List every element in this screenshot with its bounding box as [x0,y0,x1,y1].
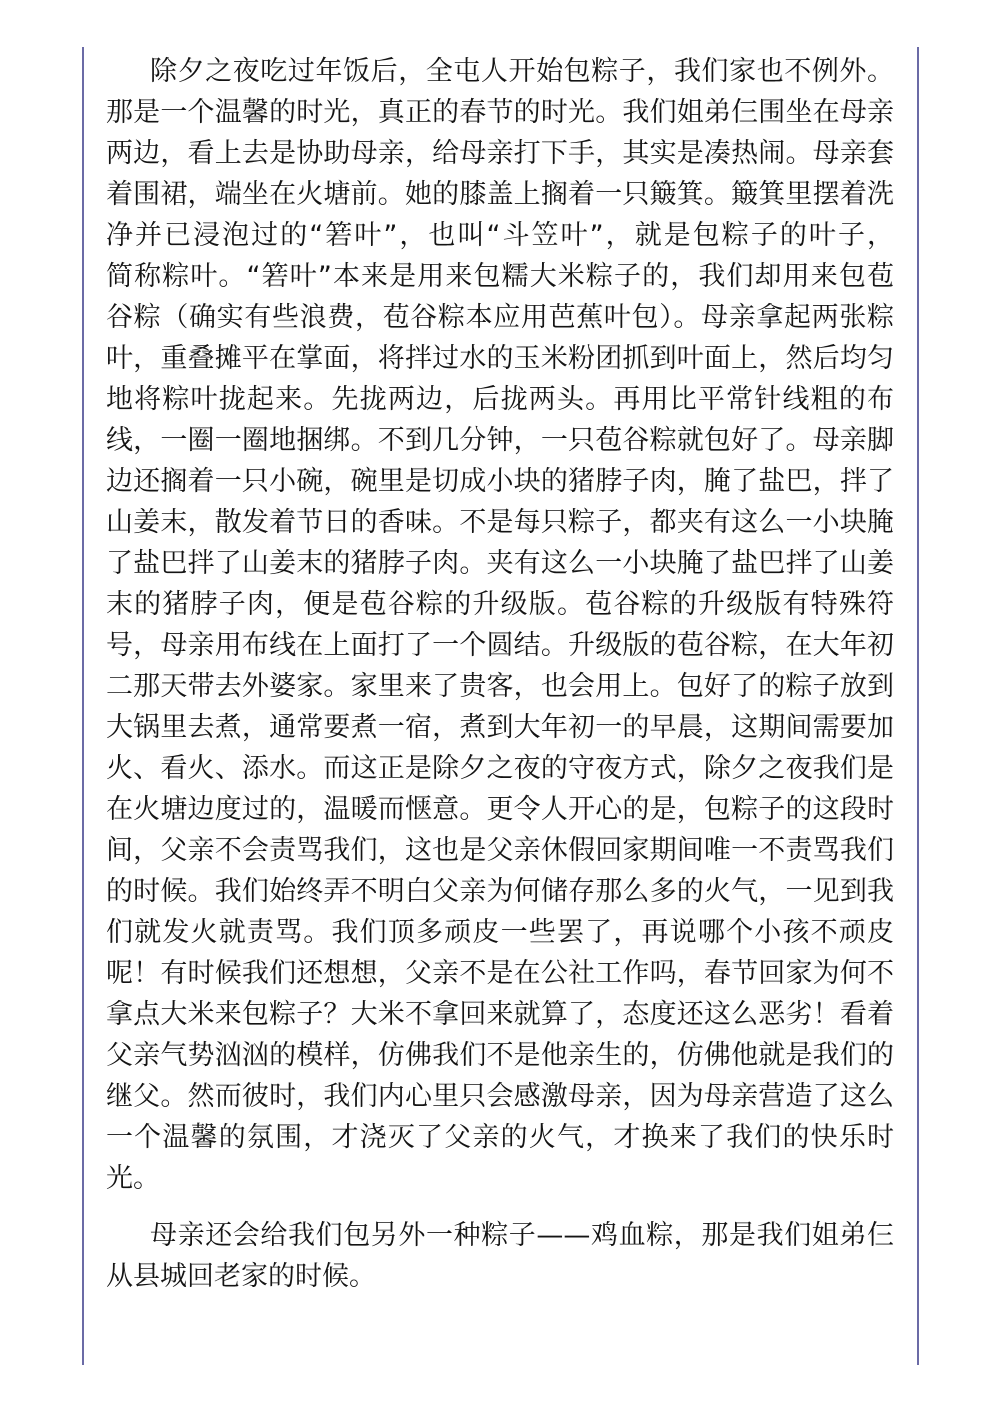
text-line: 山姜末，散发着节日的香味。不是每只粽子，都夹有这么一小块腌 [106,502,894,543]
text-line: 边还搁着一只小碗，碗里是切成小块的猪脖子肉，腌了盐巴，拌了 [106,461,894,502]
text-line: 母亲还会给我们包另外一种粽子——鸡血粽，那是我们姐弟仨 [106,1215,894,1256]
text-line: 地将粽叶拢起来。先拢两边，后拢两头。再用比平常针线粗的布 [106,379,894,420]
text-line: 线，一圈一圈地捆绑。不到几分钟，一只苞谷粽就包好了。母亲脚 [106,420,894,461]
page-border-right [917,47,919,1365]
text-line: 两边，看上去是协助母亲，给母亲打下手，其实是凑热闹。母亲套 [106,133,894,174]
text-line: 在火塘边度过的，温暖而惬意。更令人开心的是，包粽子的这段时 [106,789,894,830]
article: 除夕之夜吃过年饭后，全屯人开始包粽子，我们家也不例外。那是一个温馨的时光，真正的… [106,51,894,1297]
text-line: 火、看火、添水。而这正是除夕之夜的守夜方式，除夕之夜我们是 [106,748,894,789]
document-page: 除夕之夜吃过年饭后，全屯人开始包粽子，我们家也不例外。那是一个温馨的时光，真正的… [0,0,1000,1414]
text-line: 简称粽叶。“箬叶”本来是用来包糯大米粽子的，我们却用来包苞 [106,256,894,297]
text-line: 除夕之夜吃过年饭后，全屯人开始包粽子，我们家也不例外。 [106,51,894,92]
text-line: 一个温馨的氛围，才浇灭了父亲的火气，才换来了我们的快乐时 [106,1117,894,1158]
text-line: 拿点大米来包粽子？大米不拿回来就算了，态度还这么恶劣！看着 [106,994,894,1035]
text-line: 光。 [106,1158,894,1199]
text-line: 末的猪脖子肉，便是苞谷粽的升级版。苞谷粽的升级版有特殊符 [106,584,894,625]
text-line: 继父。然而彼时，我们内心里只会感激母亲，因为母亲营造了这么 [106,1076,894,1117]
text-line: 们就发火就责骂。我们顶多顽皮一些罢了，再说哪个小孩不顽皮 [106,912,894,953]
page-border-left [82,47,84,1365]
text-line: 的时候。我们始终弄不明白父亲为何储存那么多的火气，一见到我 [106,871,894,912]
paragraph: 除夕之夜吃过年饭后，全屯人开始包粽子，我们家也不例外。那是一个温馨的时光，真正的… [106,51,894,1199]
text-line: 那是一个温馨的时光，真正的春节的时光。我们姐弟仨围坐在母亲 [106,92,894,133]
text-line: 间，父亲不会责骂我们，这也是父亲休假回家期间唯一不责骂我们 [106,830,894,871]
paragraph: 母亲还会给我们包另外一种粽子——鸡血粽，那是我们姐弟仨从县城回老家的时候。 [106,1215,894,1297]
text-line: 呢！有时候我们还想想，父亲不是在公社工作吗，春节回家为何不 [106,953,894,994]
text-line: 大锅里去煮，通常要煮一宿，煮到大年初一的早晨，这期间需要加 [106,707,894,748]
text-line: 从县城回老家的时候。 [106,1256,894,1297]
text-line: 谷粽（确实有些浪费，苞谷粽本应用芭蕉叶包）。母亲拿起两张粽 [106,297,894,338]
text-line: 父亲气势汹汹的模样，仿佛我们不是他亲生的，仿佛他就是我们的 [106,1035,894,1076]
text-line: 叶，重叠摊平在掌面，将拌过水的玉米粉团抓到叶面上，然后均匀 [106,338,894,379]
text-line: 二那天带去外婆家。家里来了贵客，也会用上。包好了的粽子放到 [106,666,894,707]
text-line: 净并已浸泡过的“箬叶”，也叫“斗笠叶”，就是包粽子的叶子， [106,215,894,256]
text-line: 着围裙，端坐在火塘前。她的膝盖上搁着一只簸箕。簸箕里摆着洗 [106,174,894,215]
text-line: 了盐巴拌了山姜末的猪脖子肉。夹有这么一小块腌了盐巴拌了山姜 [106,543,894,584]
text-line: 号，母亲用布线在上面打了一个圆结。升级版的苞谷粽，在大年初 [106,625,894,666]
